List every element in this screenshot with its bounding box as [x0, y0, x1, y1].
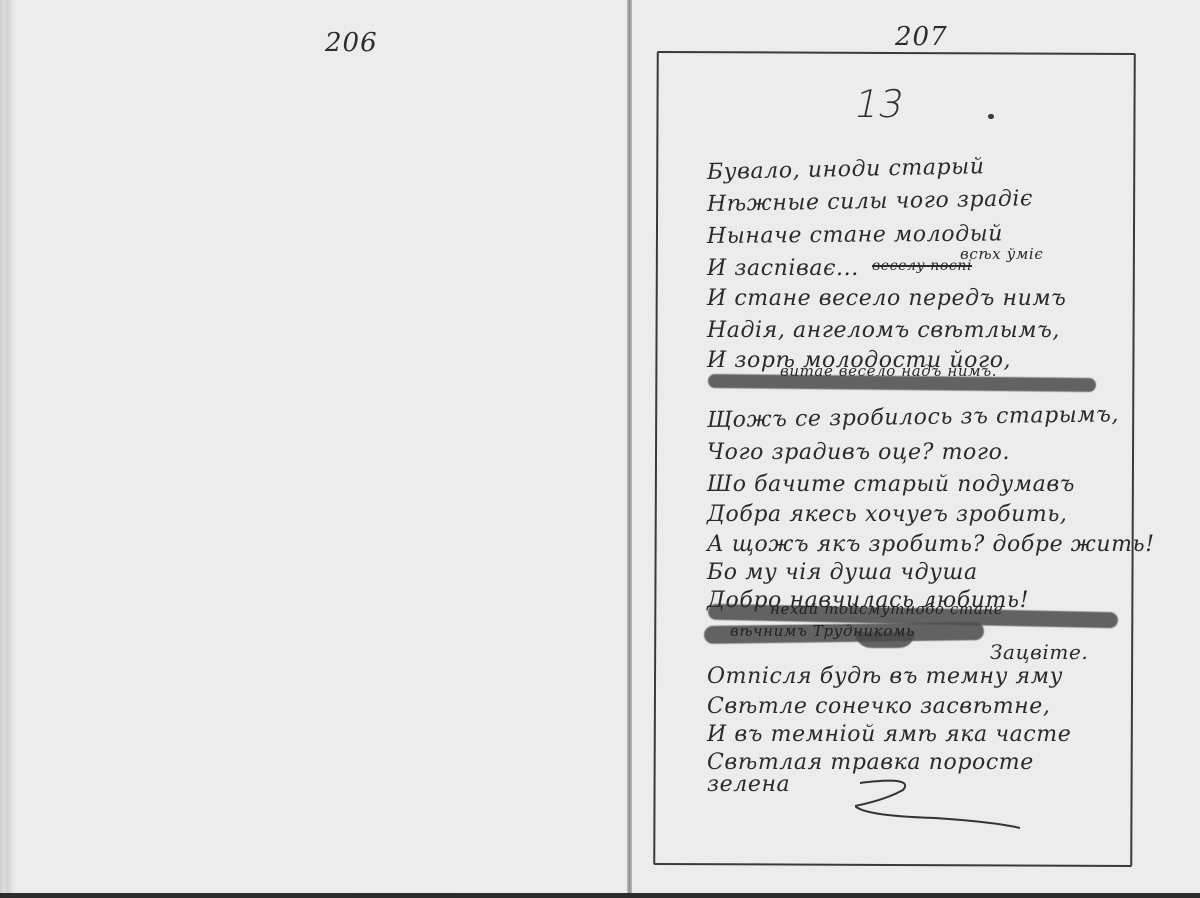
insertion-text: нехай тойсмутнобо стане: [770, 600, 1003, 618]
insertion-text: Зацвіте.: [990, 640, 1088, 664]
poem-line: И заспіває...: [707, 256, 859, 281]
poem-line: И стане весело передъ нимъ: [707, 286, 1066, 311]
poem-line: Добра якесь хочуеъ зробить,: [707, 502, 1068, 527]
insertion-text: витае весело надъ нимъ.: [780, 362, 997, 380]
left-page-number: 206: [325, 28, 378, 58]
poem-line: Надія, ангеломъ свѣтлымъ,: [707, 318, 1060, 343]
right-page-number: 207: [895, 22, 948, 52]
poem-line: И въ темніой ямѣ яка часте: [707, 722, 1071, 747]
poem-line: зелена: [707, 772, 790, 797]
poem-line: Чого зрадивъ оце? того.: [707, 440, 1010, 465]
struck-word: веселу поспі: [872, 258, 972, 274]
poem-line: Отпісля будѣ въ темну яму: [707, 664, 1063, 689]
poem-line: Бо му чія душа чдуша: [707, 560, 978, 585]
insertion-text: всѣх ўміє: [960, 245, 1043, 263]
ink-dot: [988, 114, 994, 119]
end-flourish-icon: [855, 778, 1035, 838]
insertion-text: вѣчнимъ Трудникомь: [730, 622, 915, 640]
book-spread: 206 207 13 Бувало, иноди старый Нѣжные с…: [0, 0, 1200, 898]
left-page: 206: [0, 0, 628, 893]
poem-line: Шо бачите старый подумавъ: [707, 472, 1075, 497]
scan-bottom-edge: [0, 893, 1200, 898]
poem-line: Ныначе стане молодый: [707, 221, 1003, 249]
poem-line: Свѣтле сонечко засвѣтне,: [707, 694, 1051, 719]
poem-number: 13: [850, 82, 908, 126]
poem-line: А щожъ якъ зробить? добре жить!: [707, 532, 1155, 557]
